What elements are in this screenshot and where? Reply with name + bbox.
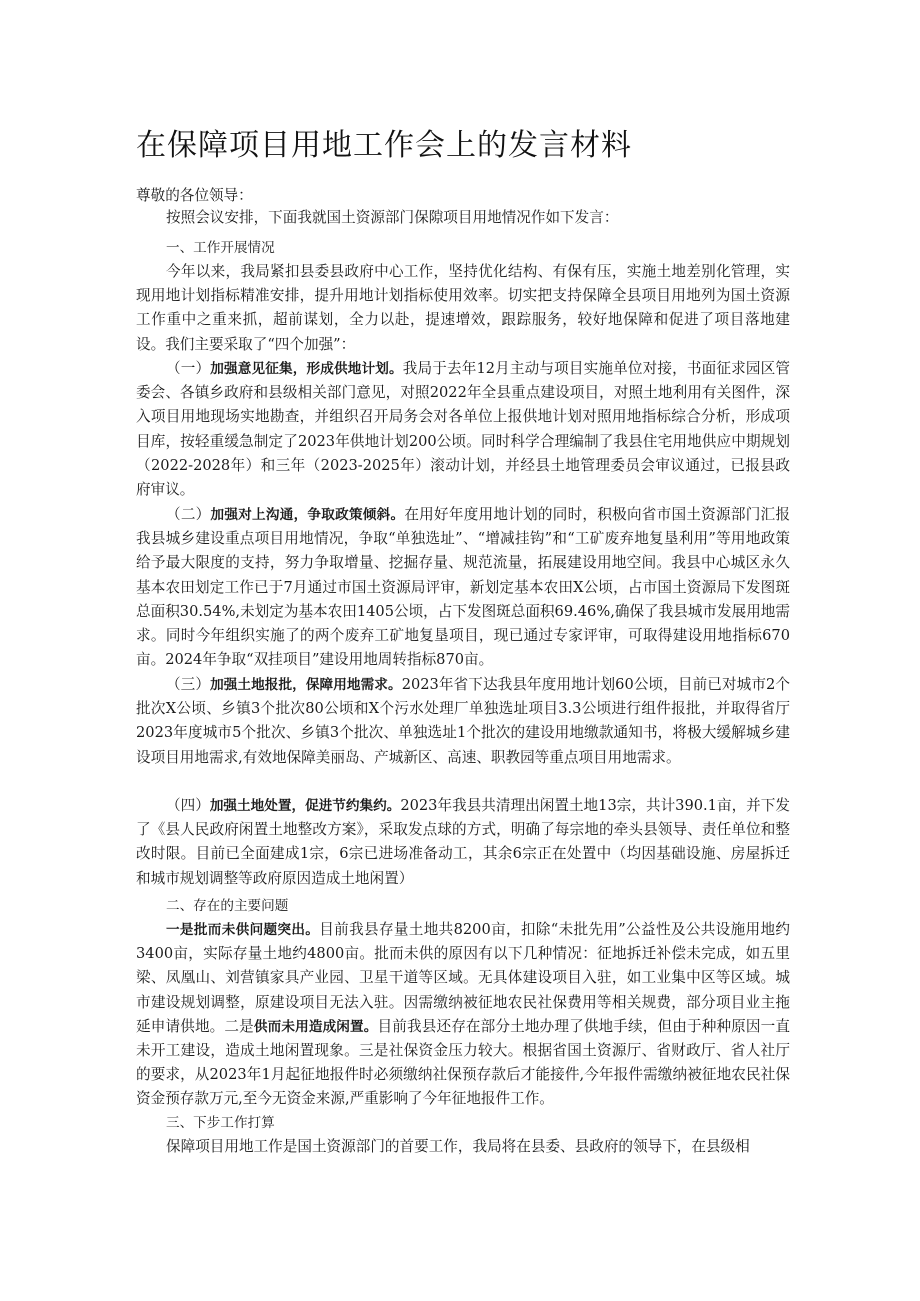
salutation: 尊敬的各位领导： <box>136 184 790 208</box>
section-3-heading: 三、下步工作打算 <box>136 1111 790 1135</box>
item-lead: 加强土地处置，促进节约集约。 <box>210 798 401 814</box>
section-1-item-1: （一）加强意见征集，形成供地计划。我局于去年12月主动与项目实施单位对接，书面征… <box>136 357 790 502</box>
section-2-paragraph: 一是批而未供问题突出。目前我县存量土地共8200亩，扣除“未批先用”公益性及公共… <box>136 918 790 1112</box>
section-1-overview: 今年以来，我局紧扣县委县政府中心工作，坚持优化结构、有保有压，实施土地差别化管理… <box>136 260 790 357</box>
item-prefix: （一） <box>166 360 210 377</box>
item-text: 我局于去年12月主动与项目实施单位对接，书面征求园区管委会、各镇乡政府和县级相关… <box>136 360 790 498</box>
section-1-item-4: （四）加强土地处置，促进节约集约。2023年我县共清理出闲置土地13宗，共计39… <box>136 794 790 891</box>
section-3-paragraph: 保障项目用地工作是国土资源部门的首要工作，我局将在县委、县政府的领导下，在县级相 <box>136 1135 790 1159</box>
document-title: 在保障项目用地工作会上的发言材料 <box>136 128 632 164</box>
item-prefix: （三） <box>166 676 210 693</box>
section-1-item-3: （三）加强土地报批，保障用地需求。2023年省下达我县年度用地计划60公顷，目前… <box>136 673 790 770</box>
item-prefix: （二） <box>166 506 211 523</box>
item-lead: 加强土地报批，保障用地需求。 <box>210 677 402 693</box>
problem-2-lead: 供而未用造成闲置。 <box>254 1019 378 1035</box>
item-lead: 加强对上沟通，争取政策倾斜。 <box>211 507 405 523</box>
item-prefix: （四） <box>166 797 210 814</box>
section-1-heading: 一、工作开展情况 <box>136 236 790 260</box>
item-text: 在用好年度用地计划的同时，积极向省市国土资源部门汇报我县城乡建设重点项目用地情况… <box>136 506 790 668</box>
intro-paragraph: 按照会议安排，下面我就国土资源部门保隙项目用地情况作如下发言： <box>136 206 790 230</box>
section-1-item-2: （二）加强对上沟通，争取政策倾斜。在用好年度用地计划的同时，积极向省市国土资源部… <box>136 503 790 672</box>
problem-1-lead: 一是批而未供问题突出。 <box>166 922 319 938</box>
section-2-heading: 二、存在的主要问题 <box>136 894 790 918</box>
item-lead: 加强意见征集，形成供地计划。 <box>210 361 402 377</box>
